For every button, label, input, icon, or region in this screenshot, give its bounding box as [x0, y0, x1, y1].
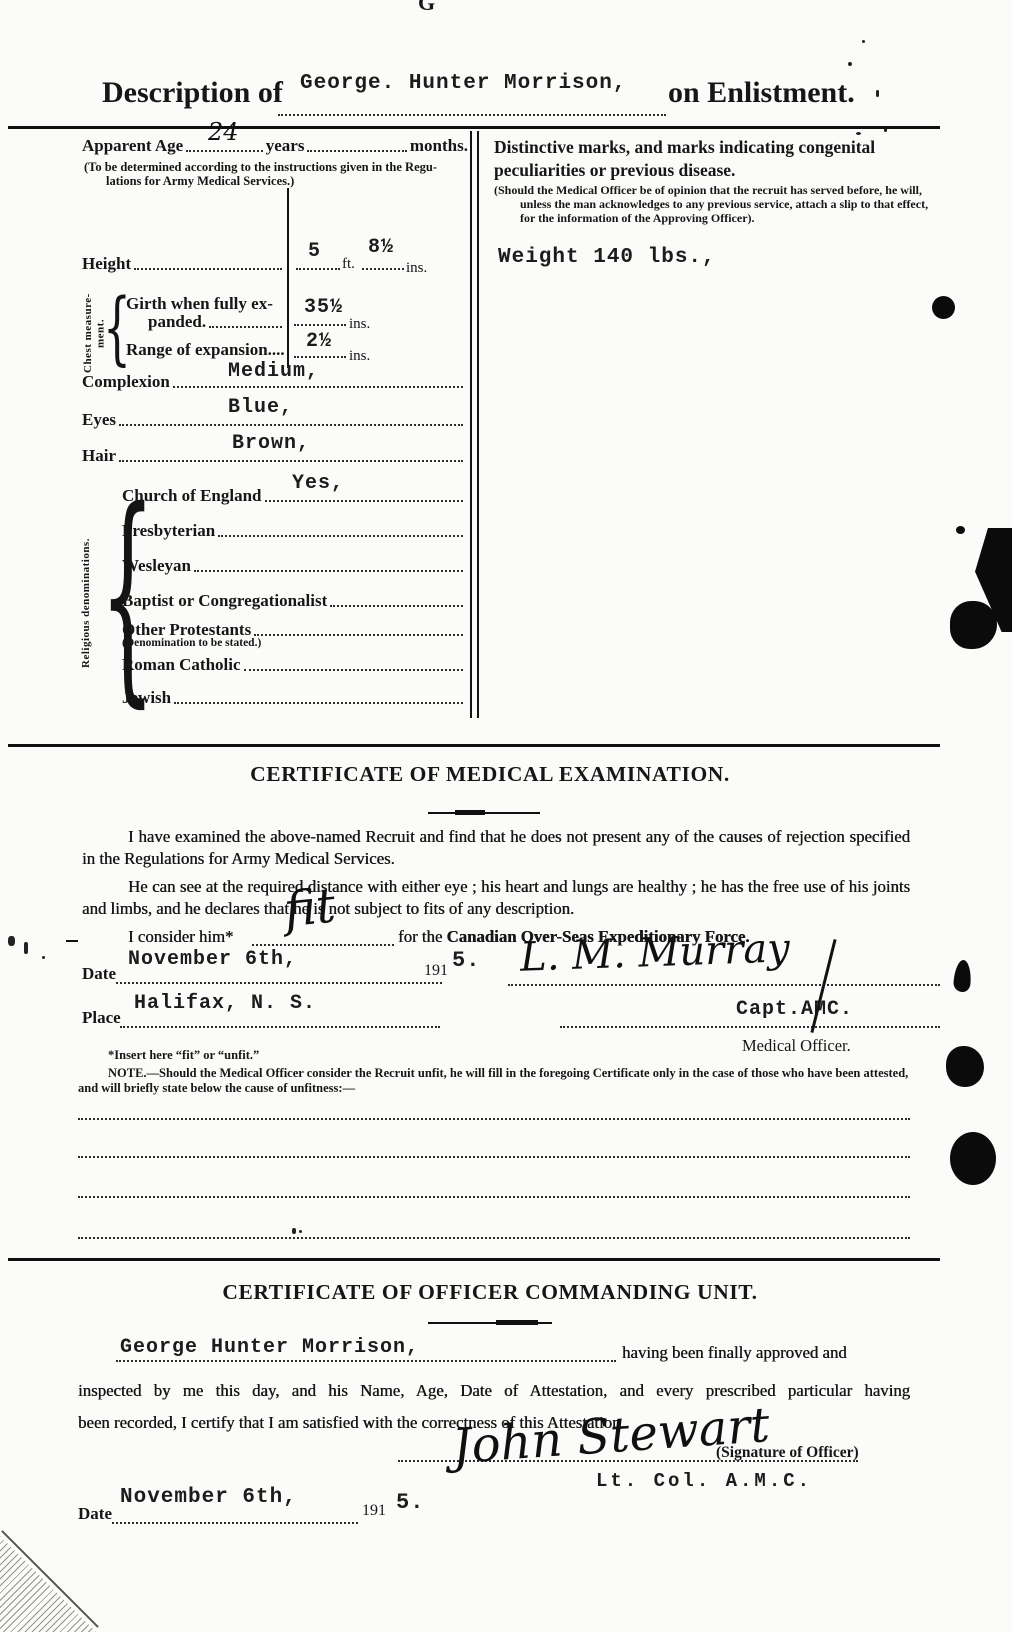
girth-label-line2-row: panded. [148, 312, 285, 332]
dotted-line [560, 1026, 940, 1028]
dotted-line [294, 324, 346, 326]
dotted-leader [174, 700, 463, 704]
ink-speck [848, 62, 852, 66]
ink-speck [66, 940, 78, 942]
blank-line-2 [78, 1156, 910, 1158]
commanding-officer-signature: John Stewart [450, 1397, 771, 1475]
religion-row-wesleyan: Wesleyan [122, 556, 466, 576]
commanding-year-value: 5. [396, 1490, 424, 1515]
blank-line-4 [78, 1237, 910, 1239]
inner-vertical-rule [287, 188, 289, 368]
other-protestants-note: (Denomination to be stated.) [122, 637, 261, 650]
medical-paragraph-1: I have examined the above-named Recruit … [82, 826, 910, 870]
dotted-leader [218, 533, 463, 537]
ink-speck [856, 132, 861, 135]
title-recruit-name: George. Hunter Morrison, [300, 72, 626, 95]
range-value: 2½ [306, 330, 332, 353]
girth-value: 35½ [304, 296, 343, 319]
religion-group-label: Religious denominations. [80, 528, 93, 678]
dotted-leader [119, 458, 463, 462]
ink-speck [862, 40, 865, 43]
dotted-leader [186, 148, 263, 152]
religion-row-presbyterian: Presbyterian [122, 521, 466, 541]
dotted-line [116, 982, 442, 984]
commanding-date-label: Date [78, 1504, 112, 1524]
ink-blot [956, 526, 965, 534]
dotted-leader [194, 568, 463, 572]
eyes-label: Eyes [82, 410, 116, 430]
hair-value: Brown, [232, 432, 310, 455]
dotted-leader [244, 667, 463, 671]
ink-blot [950, 1132, 996, 1185]
commanding-year-label: 191 [362, 1502, 386, 1520]
range-label: Range of expansion.... [126, 340, 285, 360]
medical-officer-title: Medical Officer. [742, 1036, 851, 1056]
range-unit: ins. [349, 348, 370, 365]
years-label: years [266, 136, 305, 156]
heading-divider-thick [455, 810, 485, 815]
dotted-leader [307, 148, 406, 152]
place-value: Halifax, N. S. [134, 992, 316, 1015]
religion-row-jewish: Jewish [122, 688, 466, 708]
medical-officer-signature: L. M. Murray [519, 925, 790, 980]
blank-line-3 [78, 1196, 910, 1198]
place-label: Place [82, 1008, 121, 1028]
distinctive-marks-note: (Should the Medical Officer be of opinio… [494, 184, 934, 225]
dotted-line [252, 944, 394, 946]
ink-blot [950, 601, 997, 649]
eyes-value: Blue, [228, 396, 293, 419]
commanding-recruit-name: George Hunter Morrison, [120, 1336, 419, 1359]
ins-unit-label: ins. [406, 260, 427, 277]
religion-label: Roman Catholic [122, 655, 241, 675]
religion-row-baptist: Baptist or Congregationalist [122, 591, 466, 611]
apparent-age-label: Apparent Age [82, 136, 183, 156]
medical-year-value: 5. [452, 948, 480, 973]
age-note-line2: lations for Army Medical Services.) [106, 174, 294, 188]
religion-label: Church of England [122, 486, 262, 506]
medical-officer-rank: Capt.AMC. [736, 998, 853, 1021]
medical-date-value: November 6th, [128, 948, 297, 971]
age-note-line1: (To be determined according to the instr… [84, 160, 437, 174]
commanding-officer-rank: Lt. Col. A.M.C. [596, 1470, 812, 1492]
dotted-leader [209, 324, 282, 328]
ink-speck [8, 936, 15, 946]
attestation-form-page: G Description of George. Hunter Morrison… [0, 0, 1012, 1632]
top-edge-mark: G [418, 0, 435, 16]
girth-label-line1: Girth when fully ex- [126, 294, 273, 314]
rule-top [8, 126, 940, 129]
religion-label: Baptist or Congregationalist [122, 591, 327, 611]
religion-label: Wesleyan [122, 556, 191, 576]
weight-entry: Weight 140 lbs., [498, 246, 716, 269]
dotted-line [296, 268, 340, 270]
page-corner-fold [0, 1536, 96, 1632]
religion-church-value: Yes, [292, 472, 344, 495]
blank-line-1 [78, 1118, 910, 1120]
ink-speck [24, 942, 28, 954]
medical-paragraph-2: He can see at the required distance with… [82, 876, 910, 920]
heading-divider-thick [496, 1320, 538, 1325]
complexion-value: Medium, [228, 360, 319, 383]
religion-label: Jewish [122, 688, 171, 708]
ink-blot [932, 296, 955, 319]
commanding-body-line2: inspected by me this day, and his Name, … [78, 1380, 910, 1402]
dotted-line [508, 984, 940, 986]
dotted-leader [134, 266, 282, 270]
title-suffix: on Enlistment. [668, 76, 855, 110]
dotted-leader [330, 603, 463, 607]
religion-label: Presbyterian [122, 521, 215, 541]
dotted-line [116, 1360, 616, 1362]
consider-prefix: I consider him* [128, 926, 233, 948]
consider-mid: for the [398, 927, 442, 946]
height-feet-value: 5 [308, 240, 321, 263]
religion-row-roman-catholic: Roman Catholic [122, 655, 466, 675]
ink-blot [953, 959, 972, 992]
distinctive-marks-heading: Distinctive marks, and marks indicating … [494, 136, 920, 182]
apparent-age-value: 24 [208, 118, 239, 146]
commanding-date-value: November 6th, [120, 1486, 297, 1509]
dotted-line [120, 1026, 440, 1028]
dotted-line [362, 268, 404, 270]
signature-of-officer-label: (Signature of Officer) [716, 1444, 859, 1462]
dotted-line [112, 1522, 358, 1524]
height-inches-value: 8½ [368, 236, 394, 259]
ink-speck [299, 1230, 302, 1233]
dotted-line [294, 356, 346, 358]
column-divider [470, 131, 479, 718]
title-dotted-line [278, 114, 666, 116]
insert-fit-note: *Insert here “fit” or “unfit.” [108, 1048, 259, 1062]
ink-speck [876, 90, 879, 97]
girth-unit: ins. [349, 316, 370, 333]
height-label: Height [82, 254, 131, 274]
ft-unit-label: ft. [342, 256, 355, 273]
months-label: months. [410, 136, 468, 156]
unfit-note: NOTE.—Should the Medical Officer conside… [78, 1066, 916, 1096]
title-prefix: Description of [102, 76, 283, 110]
commanding-certificate-heading: CERTIFICATE OF OFFICER COMMANDING UNIT. [75, 1280, 905, 1305]
ink-speck [292, 1228, 296, 1234]
consider-fit-value: fit [281, 877, 338, 938]
medical-certificate-heading: CERTIFICATE OF MEDICAL EXAMINATION. [75, 762, 905, 787]
complexion-label: Complexion [82, 372, 170, 392]
ink-speck [42, 956, 45, 959]
dotted-leader [119, 422, 463, 426]
approved-suffix: having been finally approved and [622, 1342, 847, 1364]
rule-commanding-top [8, 1258, 940, 1261]
girth-label-line2: panded. [148, 312, 206, 332]
medical-year-label: 191 [424, 962, 448, 980]
rule-medical-top [8, 744, 940, 747]
medical-date-label: Date [82, 964, 116, 984]
height-row: Height [82, 254, 285, 274]
dotted-leader [265, 498, 463, 502]
apparent-age-row: Apparent Age years months. [82, 136, 468, 156]
dotted-leader [254, 632, 463, 636]
ink-blot [946, 1046, 984, 1087]
dotted-leader [173, 384, 463, 388]
